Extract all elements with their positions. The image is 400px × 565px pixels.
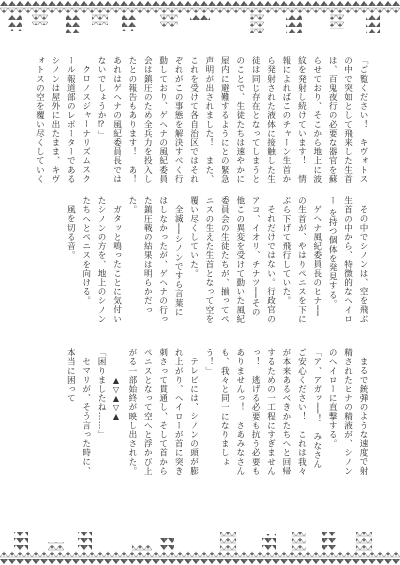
paragraph: 「ご覧ください！ キヴォトスの中で突如として飛来した生首は、百鬼夜行の必要な器官… — [93, 56, 370, 184]
bottom-triangle-border — [0, 531, 400, 565]
paragraph: その中でシノンは、空を飛ぶ生首の中から、特徴的なヘイロー を持つ個体を発見する。 — [324, 196, 370, 324]
scene-break-separator: ▲▽▲▽▲ — [108, 348, 123, 476]
text-block-top: 「ご覧ください！ キヴォトスの中で突如として飛来した生首は、百鬼夜行の必要な器官… — [30, 56, 370, 184]
paragraph: ガタッと鳴ったことに気付いたシノンの方を、地上のシノンたちへとペニスを向ける。 — [77, 196, 123, 324]
paragraph: セマリが、そう言った時に、本当に困って — [62, 348, 93, 476]
text-block-middle: その中でシノンは、空を飛ぶ生首の中から、特徴的なヘイロー を持つ個体を発見する。… — [30, 196, 370, 324]
top-triangle-border — [0, 0, 400, 34]
paragraph: ゲヘナ風紀委員長のヒナ──の生首が、やはりペニスを下にぶら下げて飛行していた。 — [278, 196, 324, 324]
paragraph: まるで銃弾のような速度で射精されたヒナの精液が、シノンのヘイローに直撃する。 — [324, 348, 370, 476]
paragraph: 風を切る音。 — [62, 196, 77, 324]
text-block-bottom: まるで銃弾のような速度で射精されたヒナの精液が、シノンのヘイローに直撃する。 「… — [30, 348, 370, 476]
paragraph: クロノスジャーナリズムスクール報道部のレポーターであるシノンは屋外に出たまま、キ… — [30, 56, 93, 184]
paragraph: 「困りましたね……」 — [93, 348, 108, 476]
paragraph: 全滅──シノンですら言葉にはしなかったが、ゲヘナの行った鎮圧戦の結果は明らかだっ… — [124, 196, 186, 324]
paragraph: 「ア、アガッ──！ みなさんご安心ください！ これは我々が本来あるべきかたちへと… — [201, 348, 324, 476]
paragraph: テレビには、シノンの頭が膨れ上がり、ヘイローが首に突き刺さって貫通し、そして首か… — [124, 348, 201, 476]
paragraph: それだけではない。行政官のアコ、イオリ、チナツ──その他この異変を受けて動いた風… — [185, 196, 277, 324]
